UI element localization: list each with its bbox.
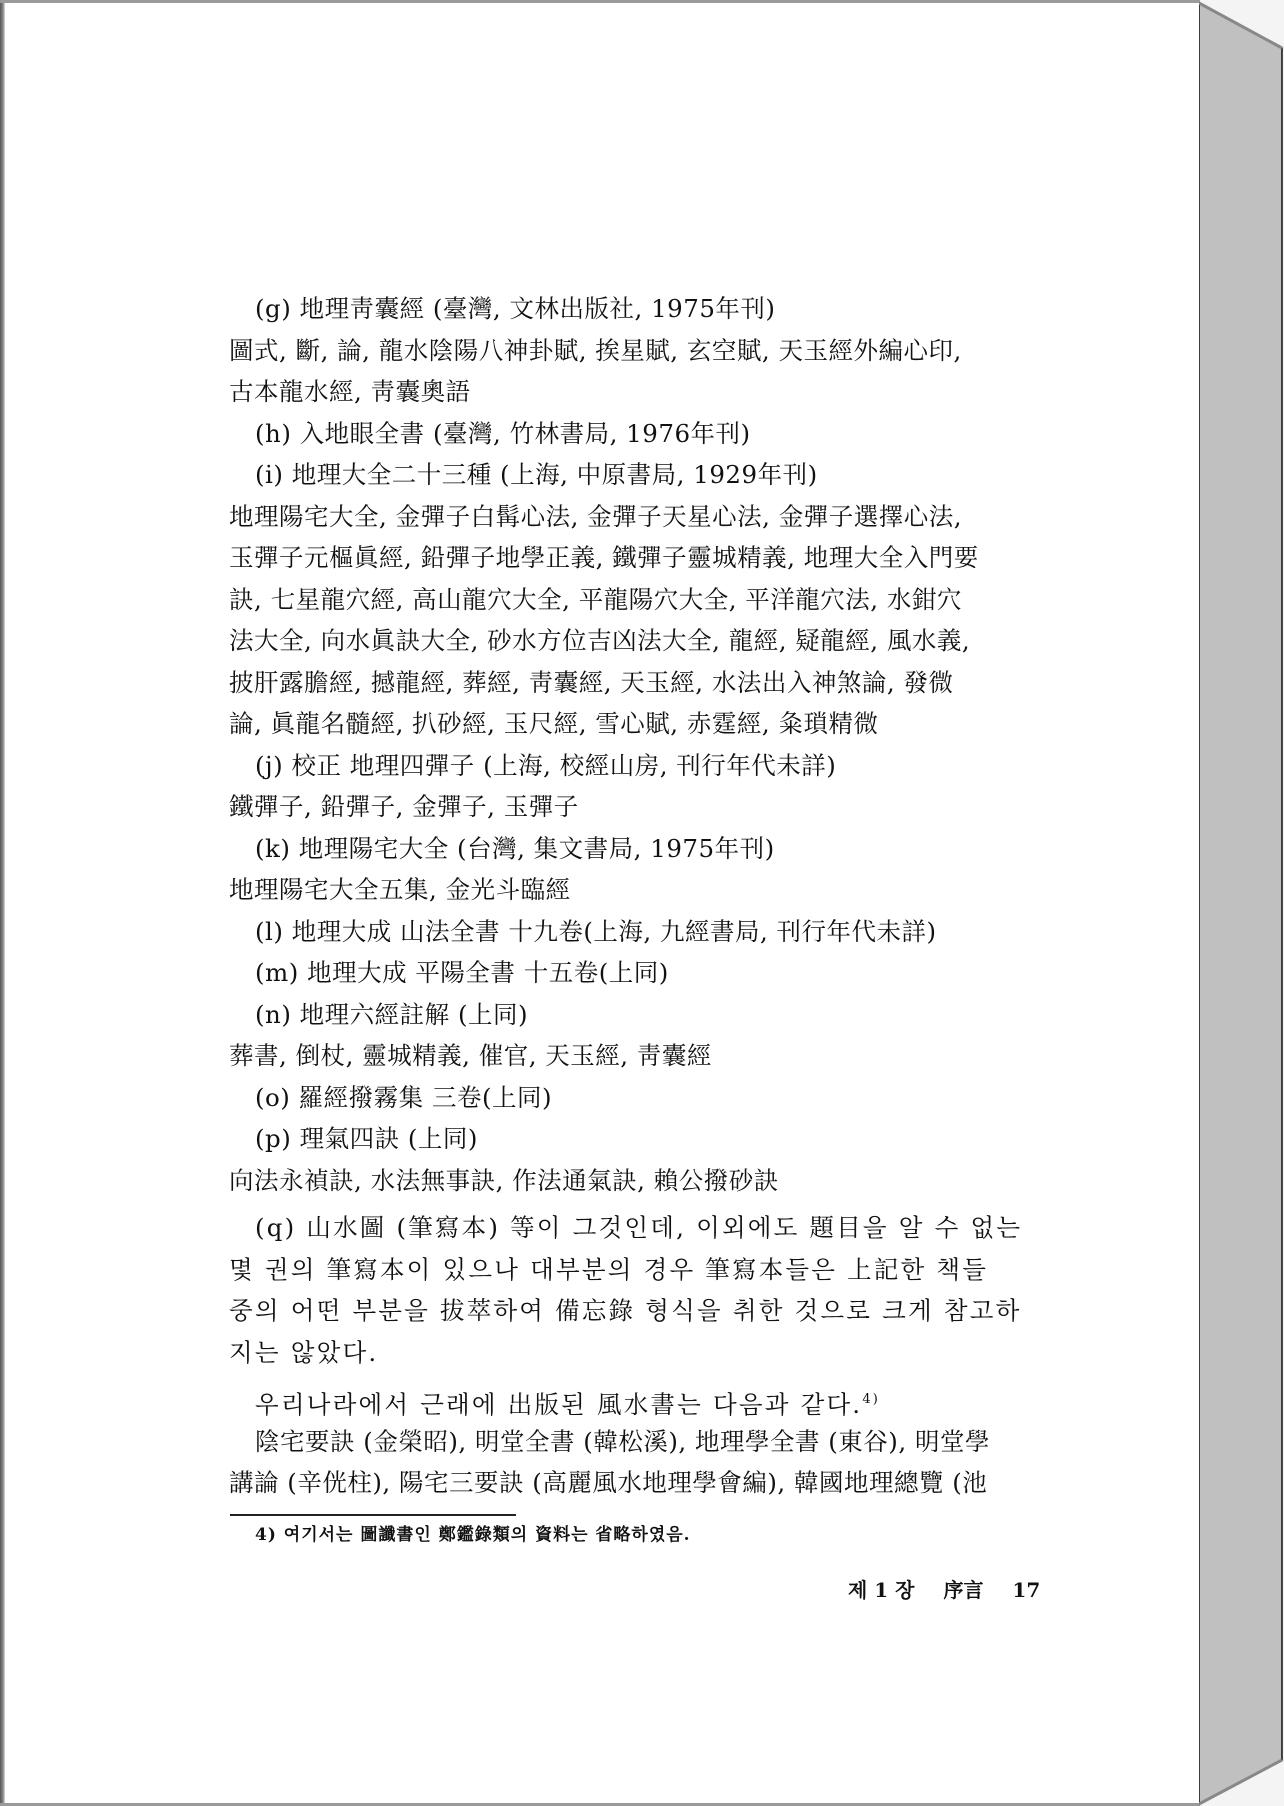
footnote-divider [230,1514,516,1516]
reference-entry-g: (g) 地理靑囊經 (臺灣, 文林出版社, 1975年刊) [229,288,1064,330]
reference-contents-n: 葬書, 倒杖, 靈城精義, 催官, 天玉經, 靑囊經 [229,1035,1064,1077]
publication-list-line-2: 講論 (辛侊柱), 陽宅三要訣 (高麗風水地理學會編), 韓國地理總覽 (池 [229,1462,1064,1504]
reference-contents-i-3: 訣, 七星龍穴經, 高山龍穴大全, 平龍陽穴大全, 平洋龍穴法, 水鉗穴 [229,579,1064,621]
chapter-label: 제 1 장 [848,1578,914,1602]
reference-contents-g-1: 圖式, 斷, 論, 龍水陰陽八神卦賦, 挨星賦, 玄空賦, 天玉經外編心印, [229,330,1064,372]
footnote-4: 4) 여기서는 圖讖書인 鄭鑑錄類의 資料는 省略하였음. [255,1520,691,1545]
reference-entry-p: (p) 理氣四訣 (上同) [229,1118,1064,1160]
publication-list-line-1: 陰宅要訣 (金榮昭), 明堂全書 (韓松溪), 地理學全書 (東谷), 明堂學 [229,1421,1064,1463]
reference-entry-i: (i) 地理大全二十三種 (上海, 中原書局, 1929年刊) [229,454,1064,496]
paragraph-q: (q) 山水圖 (筆寫本) 等이 그것인데, 이외에도 題目을 알 수 없는 몇… [229,1207,1064,1373]
paragraph-korean-publications: 우리나라에서 근래에 出版된 風水書는 다음과 같다.4) 陰宅要訣 (金榮昭)… [229,1379,1064,1504]
paragraph-intro-text: 우리나라에서 근래에 出版된 風水書는 다음과 같다. [255,1390,862,1419]
reference-contents-i-4: 法大全, 向水眞訣大全, 砂水方位吉凶法大全, 龍經, 疑龍經, 風水義, [229,620,1064,662]
reference-entry-k: (k) 地理陽宅大全 (台灣, 集文書局, 1975年刊) [229,828,1064,870]
paragraph-q-line-1: (q) 山水圖 (筆寫本) 等이 그것인데, 이외에도 題目을 알 수 없는 [229,1207,1064,1249]
running-footer: 제 1 장 序言 17 [848,1574,1062,1603]
reference-contents-g-2: 古本龍水經, 靑囊奧語 [229,371,1064,413]
reference-contents-k: 地理陽宅大全五集, 金光斗臨經 [229,869,1064,911]
reference-contents-j: 鐵彈子, 鉛彈子, 金彈子, 玉彈子 [229,786,1064,828]
footnote-reference[interactable]: 4) [862,1392,880,1407]
reference-contents-i-6: 論, 眞龍名髓經, 扒砂經, 玉尺經, 雪心賦, 赤霆經, 粂瑣精微 [229,703,1064,745]
reference-contents-i-2: 玉彈子元樞眞經, 鉛彈子地學正義, 鐵彈子靈城精義, 地理大全入門要 [229,537,1064,579]
reference-entry-o: (o) 羅經撥霧集 三卷(上同) [229,1077,1064,1119]
section-label: 序言 [943,1578,983,1602]
reference-contents-p: 向法永禎訣, 水法無事訣, 作法通氣訣, 賴公撥砂訣 [229,1160,1064,1202]
paragraph-intro: 우리나라에서 근래에 出版된 風水書는 다음과 같다.4) [229,1379,1064,1421]
reference-entry-j: (j) 校正 地理四彈子 (上海, 校經山房, 刊行年代未詳) [229,745,1064,787]
document-body: (g) 地理靑囊經 (臺灣, 文林出版社, 1975年刊) 圖式, 斷, 論, … [229,288,1064,1504]
book-edge-icon [1199,0,1284,1806]
reference-entry-l: (l) 地理大成 山法全書 十九卷(上海, 九經書局, 刊行年代未詳) [229,911,1064,953]
reference-contents-i-5: 披肝露膽經, 撼龍經, 葬經, 靑囊經, 天玉經, 水法出入神煞論, 發微 [229,662,1064,704]
reference-contents-i-1: 地理陽宅大全, 金彈子白髯心法, 金彈子天星心法, 金彈子選擇心法, [229,496,1064,538]
paragraph-q-line-2: 몇 권의 筆寫本이 있으나 대부분의 경우 筆寫本들은 上記한 책들 [229,1249,1064,1291]
paragraph-q-line-3: 중의 어떤 부분을 拔萃하여 備忘錄 형식을 취한 것으로 크게 참고하 [229,1290,1064,1332]
paragraph-q-line-4: 지는 않았다. [229,1332,1064,1374]
reference-entry-m: (m) 地理大成 平陽全書 十五卷(上同) [229,952,1064,994]
page-number: 17 [1012,1578,1040,1602]
reference-entry-n: (n) 地理六經註解 (上同) [229,994,1064,1036]
reference-entry-h: (h) 入地眼全書 (臺灣, 竹林書局, 1976年刊) [229,413,1064,455]
